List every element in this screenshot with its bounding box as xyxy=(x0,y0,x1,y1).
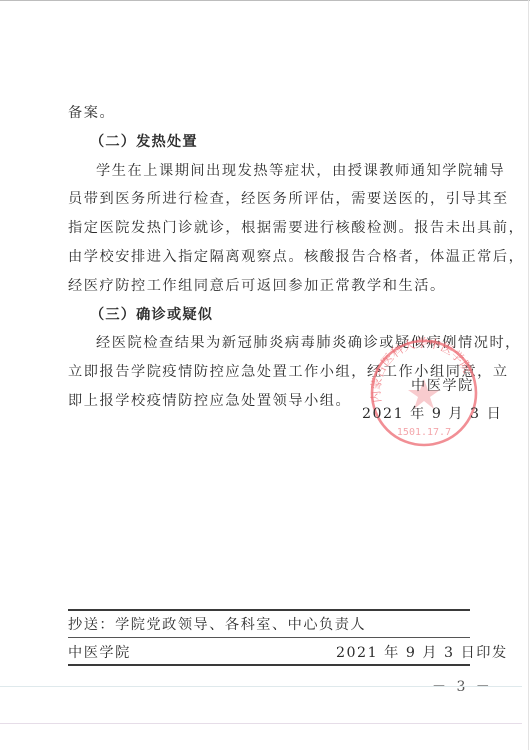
paragraph-line: 由学校安排进入指定隔离观察点。核酸报告合格者，体温正常后， xyxy=(68,248,524,266)
page-edge xyxy=(528,0,529,750)
footer-top-rule xyxy=(68,609,470,611)
signature-date: 2021 年 9 月 3 日 xyxy=(362,403,502,423)
paragraph-line: 即上报学校疫情防控应急处置领导小组。 xyxy=(68,392,351,410)
paragraph-line: 员带到医务所进行检查，经医务所评估，需要送医的，引导其至 xyxy=(68,190,509,208)
paragraph-line: 经医疗防控工作组同意后可返回参加正常教学和生活。 xyxy=(68,277,446,295)
issuing-organization: 中医学院 xyxy=(68,642,131,662)
section-heading-fever: （二）发热处置 xyxy=(90,133,198,151)
section-heading-confirmed: （三）确诊或疑似 xyxy=(90,306,213,324)
scan-artifact-line xyxy=(0,723,522,724)
paragraph-line: 指定医院发热门诊就诊，根据需要进行核酸检测。报告未出具前， xyxy=(68,219,524,237)
footer-bottom-rule xyxy=(68,664,470,666)
cc-recipients: 抄送：学院党政领导、各科室、中心负责人 xyxy=(68,614,366,634)
paragraph-line: 备案。 xyxy=(68,104,115,122)
svg-text:1501.17.7: 1501.17.7 xyxy=(397,427,451,438)
footer-middle-rule xyxy=(68,637,470,638)
page-edge xyxy=(0,0,530,1)
issue-date: 2021 年 9 月 3 日印发 xyxy=(336,642,508,662)
scan-artifact-line xyxy=(0,686,522,687)
signature-organization: 中医学院 xyxy=(411,375,474,395)
paragraph-line: 学生在上课期间出现发热等症状，由授课教师通知学院辅导 xyxy=(96,162,505,180)
